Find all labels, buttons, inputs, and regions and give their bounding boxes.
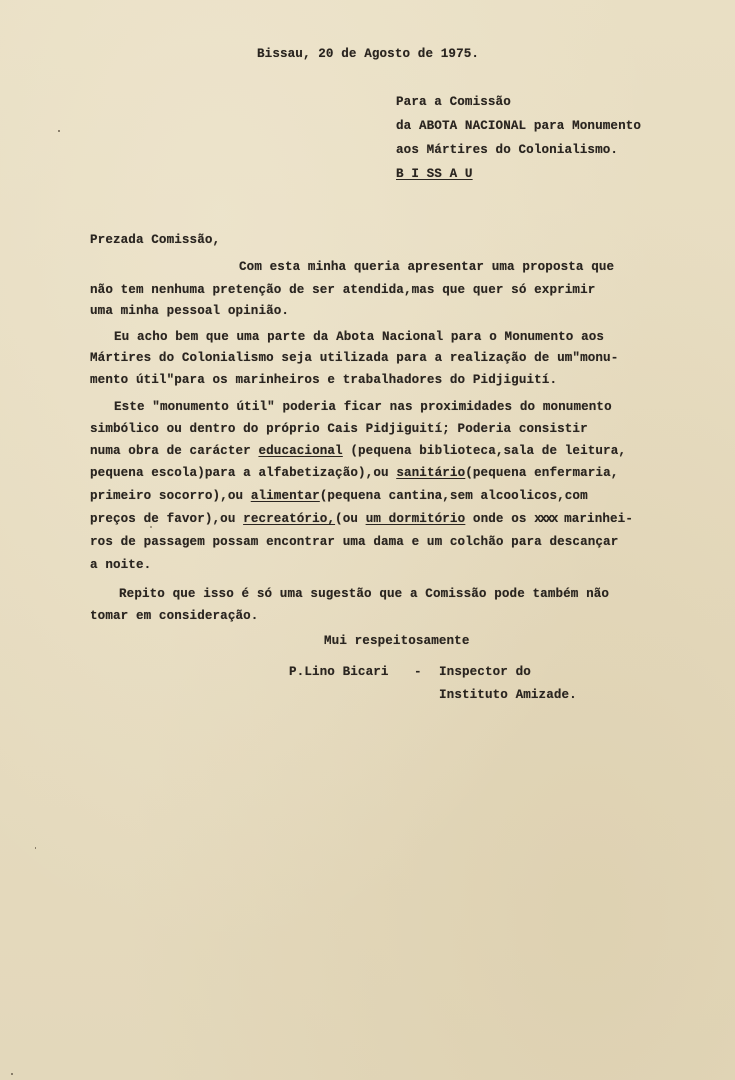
recipient-line-2: da ABOTA NACIONAL para Monumento — [396, 118, 641, 134]
struck-out-text: xxxx — [534, 512, 556, 526]
body-p4-line-1: Repito que isso é só uma sugestão que a … — [119, 586, 609, 602]
paper-speck — [58, 130, 60, 132]
body-p3-line-5: primeiro socorro),ou alimentar(pequena c… — [90, 488, 588, 504]
text: pequena escola)para a alfabetização),ou — [90, 466, 396, 480]
body-p1-line-3: uma minha pessoal opinião. — [90, 303, 289, 319]
salutation: Prezada Comissão, — [90, 232, 220, 248]
text: preços de favor),ou — [90, 512, 243, 526]
recipient-city: B I SS A U — [396, 166, 473, 182]
text: onde os — [465, 512, 534, 526]
signature-name: P.Lino Bicari — [289, 664, 389, 680]
text: numa obra de carácter — [90, 444, 258, 458]
paper-speck — [35, 847, 36, 849]
text: (pequena cantina,sem alcoolicos,com — [320, 489, 588, 503]
text: primeiro socorro),ou — [90, 489, 251, 503]
body-p3-line-7: ros de passagem possam encontrar uma dam… — [90, 534, 618, 550]
letter-page: Bissau, 20 de Agosto de 1975. Para a Com… — [0, 0, 735, 1080]
body-p3-line-4: pequena escola)para a alfabetização),ou … — [90, 465, 618, 481]
body-p3-line-2: simbólico ou dentro do próprio Cais Pidj… — [90, 421, 588, 437]
paper-speck — [11, 1073, 13, 1075]
body-p2-line-3: mento útil"para os marinheiros e trabalh… — [90, 372, 557, 388]
recipient-line-3: aos Mártires do Colonialismo. — [396, 142, 618, 158]
body-p2-line-1: Eu acho bem que uma parte da Abota Nacio… — [114, 329, 604, 345]
body-p3-line-6: preços de favor),ou recreatório,(ou um d… — [90, 511, 633, 527]
text: (ou — [335, 512, 366, 526]
body-p3-line-1: Este "monumento útil" poderia ficar nas … — [114, 399, 612, 415]
signature-title-line-1: Inspector do — [439, 664, 531, 680]
dateline: Bissau, 20 de Agosto de 1975. — [257, 46, 479, 62]
body-p1-line-1: Com esta minha queria apresentar uma pro… — [239, 259, 614, 275]
underlined-word-alimentar: alimentar — [251, 489, 320, 503]
underlined-phrase-um-dormitorio: um dormitório — [366, 512, 466, 526]
body-p4-line-2: tomar em consideração. — [90, 608, 258, 624]
text: (pequena enfermaria, — [465, 466, 618, 480]
signature-title-line-2: Instituto Amizade. — [439, 687, 577, 703]
paper-speck — [150, 526, 152, 528]
body-p2-line-2: Mártires do Colonialismo seja utilizada … — [90, 350, 618, 366]
underlined-word-sanitario: sanitário — [396, 466, 465, 480]
underlined-word-educacional: educacional — [258, 444, 342, 458]
recipient-line-1: Para a Comissão — [396, 94, 511, 110]
text: (pequena biblioteca,sala de leitura, — [343, 444, 626, 458]
closing: Mui respeitosamente — [324, 633, 470, 649]
body-p3-line-8: a noite. — [90, 557, 151, 573]
body-p3-line-3: numa obra de carácter educacional (peque… — [90, 443, 626, 459]
signature-dash: - — [414, 664, 422, 680]
text: marinhei- — [556, 512, 633, 526]
body-p1-line-2: não tem nenhuma pretenção de ser atendid… — [90, 282, 595, 298]
underlined-word-recreatorio: recreatório, — [243, 512, 335, 526]
